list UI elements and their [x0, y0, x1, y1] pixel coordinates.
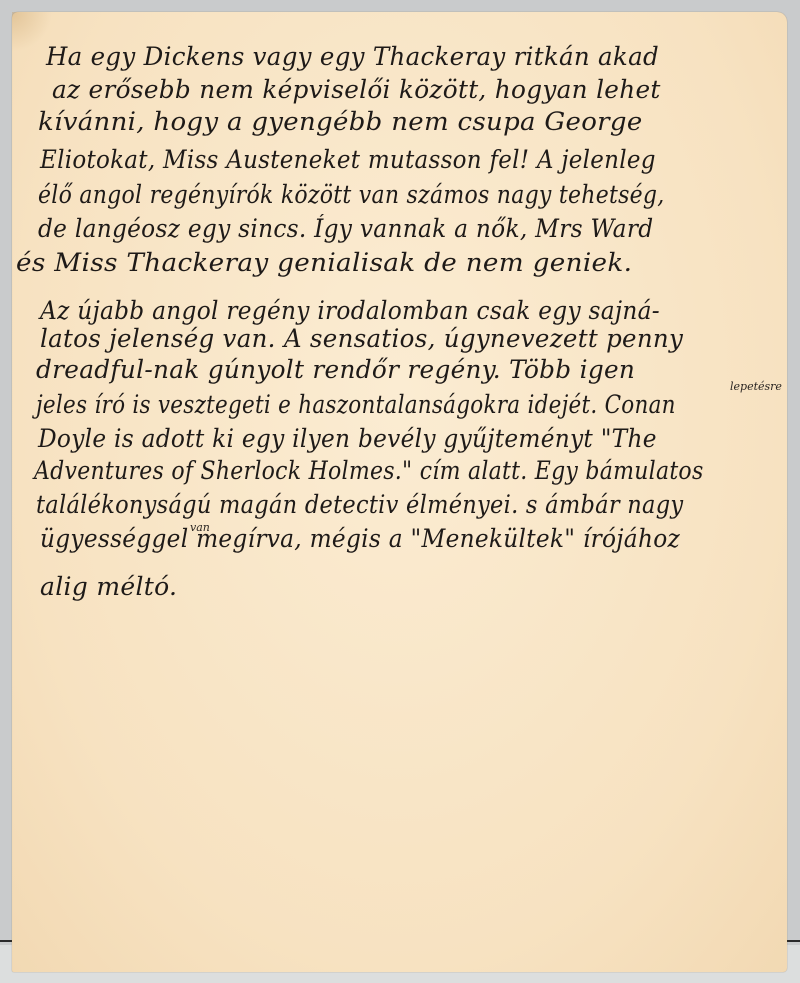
text-line-1: Ha egy Dickens vagy egy Thackeray ritkán…: [46, 42, 659, 71]
text-line-8: Az újabb angol regény irodalomban csak e…: [40, 296, 660, 325]
edge-line-right: [786, 940, 800, 942]
text-line-4: Eliotokat, Miss Austeneket mutasson fel!…: [40, 145, 656, 174]
text-line-14: találékonyságú magán detectiv élményei. …: [36, 490, 683, 519]
text-line-9: latos jelenség van. A sensatios, úgyneve…: [40, 324, 683, 353]
text-line-11: jeles író is vesztegeti e haszontalanság…: [36, 390, 676, 419]
text-line-5: élő angol regényírók között van számos n…: [38, 180, 665, 209]
text-line-15: ügyességgel megírva, mégis a "Menekültek…: [40, 524, 680, 553]
text-line-10: dreadful-nak gúnyolt rendőr regény. Több…: [36, 355, 635, 384]
text-line-12: Doyle is adott ki egy ilyen bevély gyűjt…: [38, 424, 657, 453]
text-line-13: Adventures of Sherlock Holmes." cím alat…: [34, 456, 704, 485]
text-line-3: kívánni, hogy a gyengébb nem csupa Georg…: [38, 107, 643, 136]
text-line-7: és Miss Thackeray genialisak de nem geni…: [16, 248, 632, 277]
manuscript-page: Ha egy Dickens vagy egy Thackeray ritkán…: [12, 12, 787, 972]
text-line-6: de langéosz egy sincs. Így vannak a nők,…: [38, 214, 653, 243]
insertion-lepetesre: lepetésre: [730, 380, 782, 393]
text-line-2: az erősebb nem képviselői között, hogyan…: [52, 75, 661, 104]
text-line-16: alig méltó.: [40, 572, 177, 601]
